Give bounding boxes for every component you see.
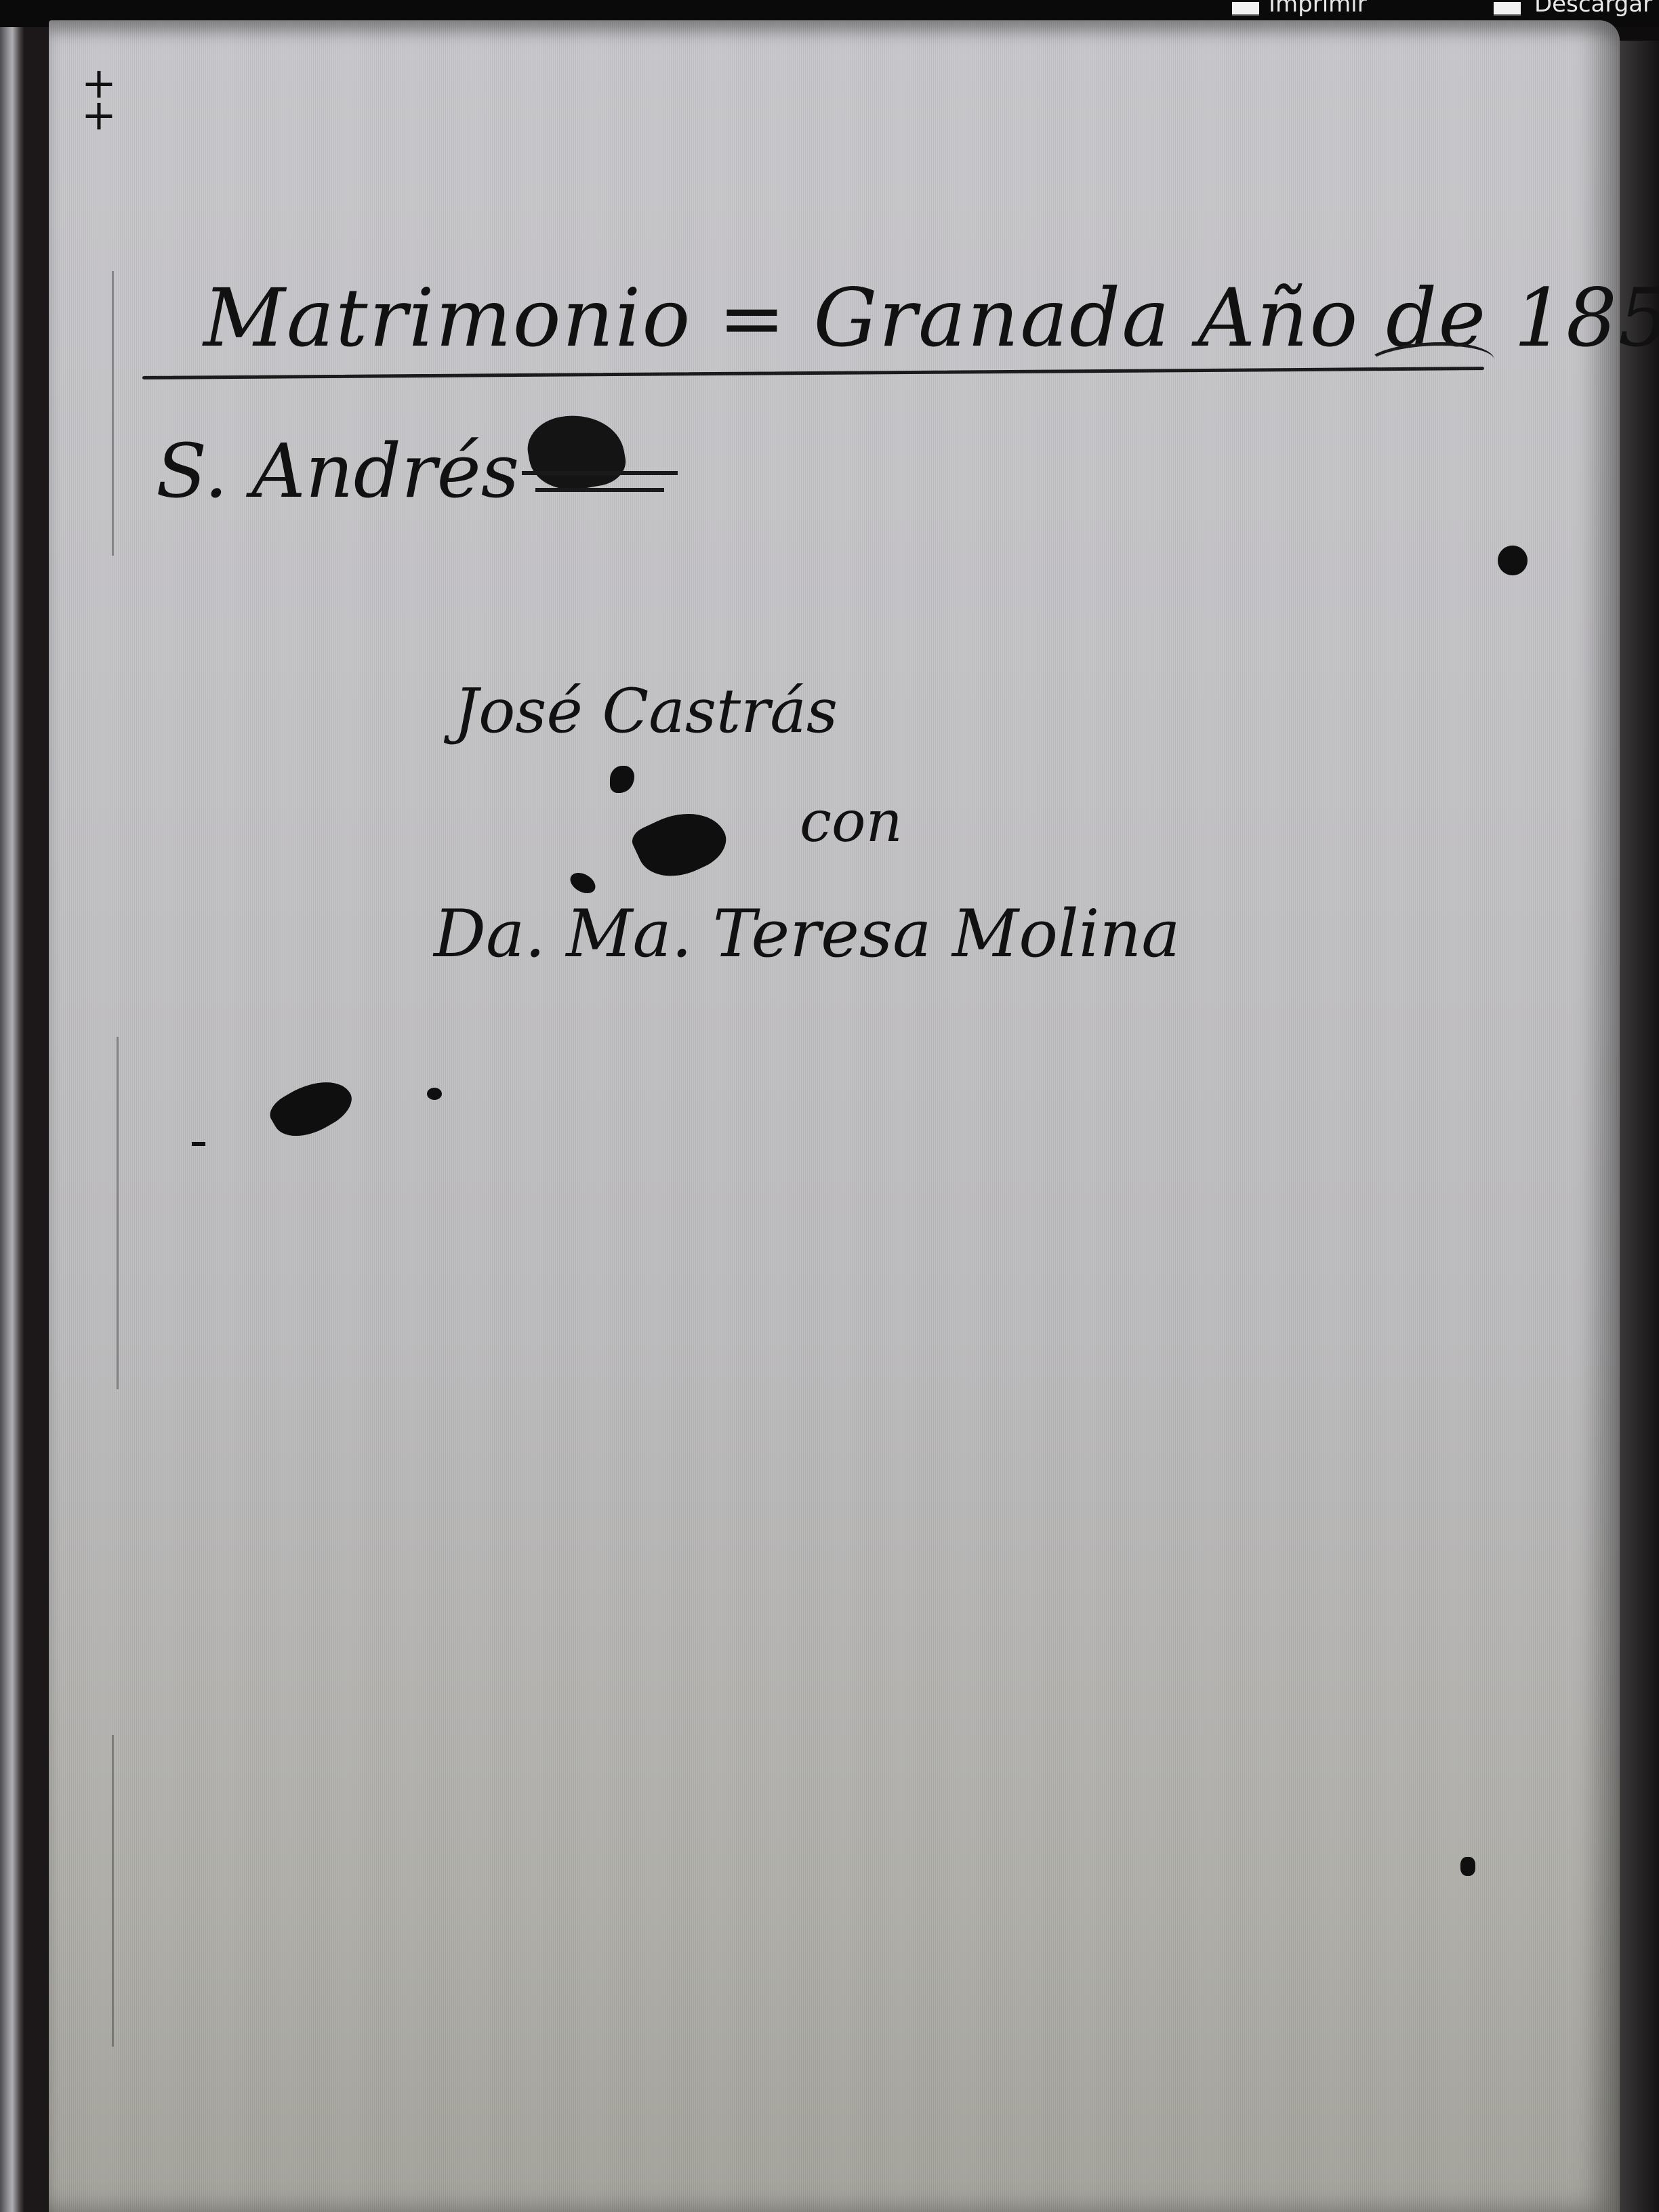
ink-blot [427, 1088, 442, 1100]
margin-rule [112, 1735, 114, 2047]
conjunction-text: con [800, 793, 903, 850]
previous-page-edge [0, 27, 24, 2212]
margin-rule [117, 1037, 119, 1389]
download-button[interactable]: Descargar [1494, 0, 1652, 18]
bride-name: Da. Ma. Teresa Molina [434, 901, 1180, 966]
ink-dot [1498, 546, 1528, 575]
margin-rule [112, 271, 114, 556]
ink-blot [1460, 1857, 1475, 1876]
margin-crosses-text: + + [81, 58, 117, 140]
document-viewer: Imprimir Descargar + + Matrimonio = Gran… [0, 0, 1659, 2212]
ink-mark [192, 1142, 205, 1146]
right-page-shadow [1620, 41, 1659, 2212]
download-label: Descargar [1534, 0, 1652, 18]
print-icon [1232, 2, 1259, 16]
page-gutter [24, 27, 49, 2212]
margin-crosses: + + [81, 68, 117, 131]
print-label: Imprimir [1269, 0, 1367, 18]
groom-name: José Castrás [454, 681, 838, 742]
strike-through-line [535, 488, 664, 492]
strike-through-line [522, 471, 678, 475]
download-icon [1494, 2, 1521, 16]
print-button[interactable]: Imprimir [1232, 0, 1367, 18]
